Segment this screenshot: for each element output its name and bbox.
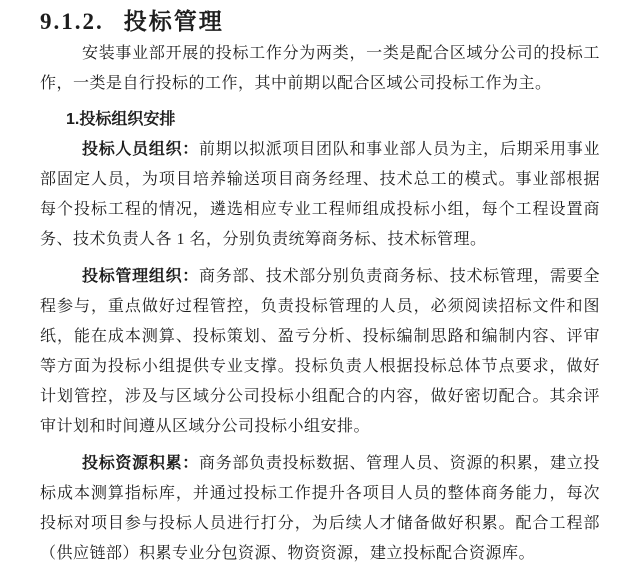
- paragraph-tender-resources: 投标资源积累：商务部负责投标数据、管理人员、资源的积累，建立投标成本测算指标库，…: [40, 449, 600, 566]
- subheading-tender-organization: 1.投标组织安排: [66, 105, 600, 135]
- document-page: 9.1.2. 投标管理 安装事业部开展的投标工作分为两类，一类是配合区域分公司的…: [0, 0, 639, 566]
- section-heading-title: 投标管理: [124, 6, 224, 36]
- paragraph-tender-personnel-label: 投标人员组织：: [82, 141, 199, 158]
- intro-paragraph: 安装事业部开展的投标工作分为两类，一类是配合区域分公司的投标工作，一类是自行投标…: [40, 39, 600, 99]
- paragraph-tender-personnel: 投标人员组织：前期以拟派项目团队和事业部人员为主，后期采用事业部固定人员，为项目…: [40, 135, 600, 255]
- section-heading-number: 9.1.2.: [40, 7, 104, 37]
- section-heading: 9.1.2. 投标管理: [40, 6, 600, 37]
- paragraph-tender-resources-label: 投标资源积累：: [82, 455, 199, 472]
- paragraph-tender-management: 投标管理组织：商务部、技术部分别负责商务标、技术标管理，需要全程参与，重点做好过…: [40, 262, 600, 442]
- paragraph-tender-management-label: 投标管理组织：: [82, 268, 199, 285]
- paragraph-tender-management-text: 商务部、技术部分别负责商务标、技术标管理，需要全程参与，重点做好过程管控，负责投…: [40, 268, 600, 435]
